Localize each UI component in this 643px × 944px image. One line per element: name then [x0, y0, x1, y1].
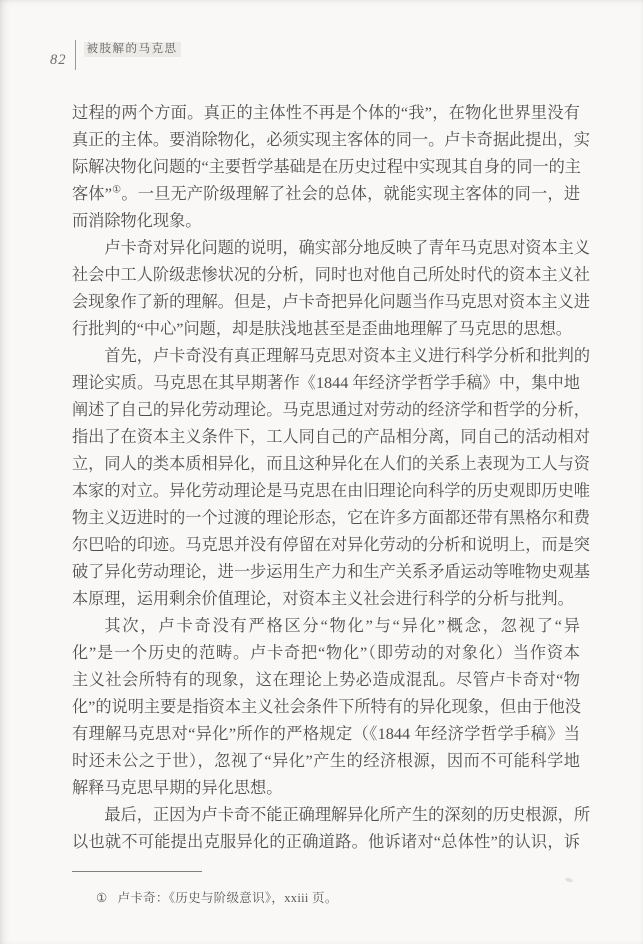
footnote-marker: ①: [96, 891, 108, 905]
text-line: 时还未公之于世），忽视了“异化”产生的经济根源，因而不可能科学地: [72, 748, 580, 775]
text-line: 本家的对立。异化劳动理论是马克思在由旧理论向科学的历史观即历史唯: [72, 478, 580, 505]
footnote-text: 卢卡奇：《历史与阶级意识》，xxiii 页。: [118, 891, 338, 905]
text-line: 破了异化劳动理论，进一步运用生产力和生产关系矛盾运动等唯物史观基: [72, 559, 580, 586]
text-line: 卢卡奇对异化问题的说明，确实部分地反映了青年马克思对资本主义: [72, 235, 580, 262]
text-line: 立，同人的类本质相异化，而且这种异化在人们的关系上表现为工人与资: [72, 451, 580, 478]
footnote-ref: ①: [112, 185, 121, 196]
text-line: 本原理，运用剩余价值理论，对资本主义社会进行科学的分析与批判。: [72, 586, 580, 613]
footnote: ①卢卡奇：《历史与阶级意识》，xxiii 页。: [96, 888, 338, 906]
scan-smudge: [565, 877, 574, 883]
text-line: 会现象作了新的理解。但是，卢卡奇把异化问题当作马克思对资本主义进: [72, 289, 580, 316]
text-line: 化”的说明主要是指资本主义社会条件下所特有的异化现象，但由于他没: [72, 694, 580, 721]
text-line: 指出了在资本主义条件下，工人同自己的产品相分离，同自己的活动相对: [72, 424, 580, 451]
running-title: 被肢解的马克思: [84, 42, 181, 57]
page-number: 82: [50, 52, 67, 69]
paragraph: 其次，卢卡奇没有严格区分“物化”与“异化”概念，忽视了“异化”是一个历史的范畴。…: [72, 613, 580, 802]
text-line: 其次，卢卡奇没有严格区分“物化”与“异化”概念，忽视了“异: [72, 613, 580, 640]
text-line: 主义社会所特有的现象，这在理论上势必造成混乱。尽管卢卡奇对“物: [72, 667, 580, 694]
text-line: 尔巴哈的印迹。马克思并没有停留在对异化劳动的分析和说明上，而是突: [72, 532, 580, 559]
text-line: 物主义迈进时的一个过渡的理论形态，它在许多方面都还带有黑格尔和费: [72, 505, 580, 532]
text-line: 客体”①。一旦无产阶级理解了社会的总体，就能实现主客体的同一，进: [72, 181, 580, 208]
text-line: 理论实质。马克思在其早期著作《1844 年经济学哲学手稿》中，集中地: [72, 370, 580, 397]
text-line: 阐述了自己的异化劳动理论。马克思通过对劳动的经济学和哲学的分析，: [72, 397, 580, 424]
text-line: 际解决物化问题的“主要哲学基础是在历史过程中实现其自身的同一的主: [72, 154, 580, 181]
text-line: 以也就不可能提出克服异化的正确道路。他诉诸对“总体性”的认识，诉: [72, 829, 580, 856]
text-line: 过程的两个方面。真正的主体性不再是个体的“我”，在物化世界里没有: [72, 100, 580, 127]
paragraph: 卢卡奇对异化问题的说明，确实部分地反映了青年马克思对资本主义社会中工人阶级悲惨状…: [72, 235, 580, 343]
header-divider: [75, 40, 76, 70]
footnote-divider: [72, 871, 202, 872]
text-line: 而消除物化现象。: [72, 208, 580, 235]
paragraph: 最后，正因为卢卡奇不能正确理解异化所产生的深刻的历史根源，所以也就不可能提出克服…: [72, 802, 580, 856]
text-line: 首先，卢卡奇没有真正理解马克思对资本主义进行科学分析和批判的: [72, 343, 580, 370]
text-line: 社会中工人阶级悲惨状况的分析，同时也对他自己所处时代的资本主义社: [72, 262, 580, 289]
paragraph: 过程的两个方面。真正的主体性不再是个体的“我”，在物化世界里没有真正的主体。要消…: [72, 100, 580, 235]
text-line: 真正的主体。要消除物化，必须实现主客体的同一。卢卡奇据此提出，实: [72, 127, 580, 154]
text-line: 化”是一个历史的范畴。卢卡奇把“物化”（即劳动的对象化）当作资本: [72, 640, 580, 667]
text-line: 行批判的“中心”问题，却是肤浅地甚至是歪曲地理解了马克思的思想。: [72, 316, 580, 343]
paragraph: 首先，卢卡奇没有真正理解马克思对资本主义进行科学分析和批判的理论实质。马克思在其…: [72, 343, 580, 613]
body-text: 过程的两个方面。真正的主体性不再是个体的“我”，在物化世界里没有真正的主体。要消…: [72, 100, 580, 856]
text-line: 有理解马克思对“异化”所作的严格规定（《1844 年经济学哲学手稿》当: [72, 721, 580, 748]
running-header: 82 被肢解的马克思: [50, 40, 181, 70]
book-page: 82 被肢解的马克思 过程的两个方面。真正的主体性不再是个体的“我”，在物化世界…: [0, 0, 643, 944]
text-line: 解释马克思早期的异化思想。: [72, 775, 580, 802]
text-line: 最后，正因为卢卡奇不能正确理解异化所产生的深刻的历史根源，所: [72, 802, 580, 829]
